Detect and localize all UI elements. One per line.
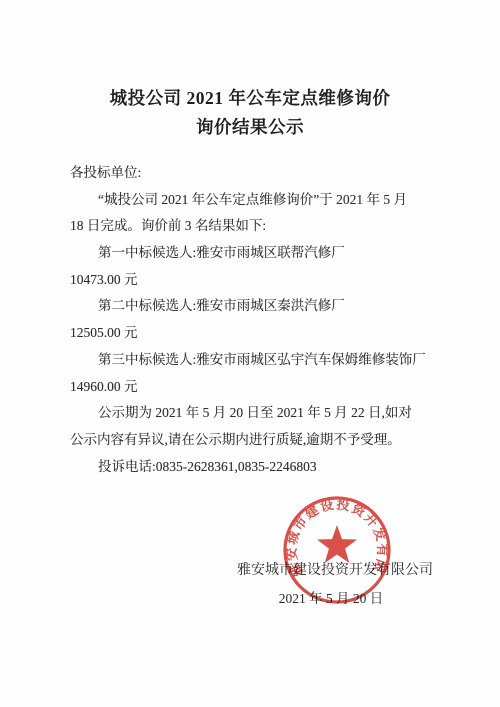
body-line: 公示内容有异议,请在公示期内进行质疑,逾期不予受理。 bbox=[70, 427, 445, 454]
seal-star-icon bbox=[317, 525, 357, 563]
body-line: 投诉电话:0835-2628361,0835-2246803 bbox=[70, 454, 445, 481]
body-line: 各投标单位: bbox=[70, 160, 445, 187]
body-line: 12505.00 元 bbox=[70, 320, 445, 347]
body-line: 第一中标候选人:雅安市雨城区联帮汽修厂 bbox=[70, 240, 445, 267]
notice-document: 城投公司 2021 年公车定点维修询价 询价结果公示 各投标单位:“城投公司 2… bbox=[0, 0, 500, 707]
body-line: 10473.00 元 bbox=[70, 267, 445, 294]
body-line: 第三中标候选人:雅安市雨城区弘宇汽车保姆维修装饰厂 bbox=[70, 347, 445, 374]
body-line: 公示期为 2021 年 5 月 20 日至 2021 年 5 月 22 日,如对 bbox=[70, 400, 445, 427]
body-line: 18 日完成。询价前 3 名结果如下: bbox=[70, 213, 445, 240]
title-line-2: 询价结果公示 bbox=[0, 113, 500, 142]
body-text: 各投标单位:“城投公司 2021 年公车定点维修询价”于 2021 年 5 月1… bbox=[70, 160, 445, 480]
body-line: 第二中标候选人:雅安市雨城区秦洪汽修厂 bbox=[70, 293, 445, 320]
seal-company-text: 雅安城市建设投资开发有限公司 bbox=[276, 489, 390, 579]
company-seal-stamp: 雅安城市建设投资开发有限公司 bbox=[276, 489, 398, 611]
body-line: “城投公司 2021 年公车定点维修询价”于 2021 年 5 月 bbox=[70, 187, 445, 214]
title-line-1: 城投公司 2021 年公车定点维修询价 bbox=[0, 84, 500, 113]
body-line: 14960.00 元 bbox=[70, 374, 445, 401]
page-title: 城投公司 2021 年公车定点维修询价 询价结果公示 bbox=[0, 84, 500, 142]
